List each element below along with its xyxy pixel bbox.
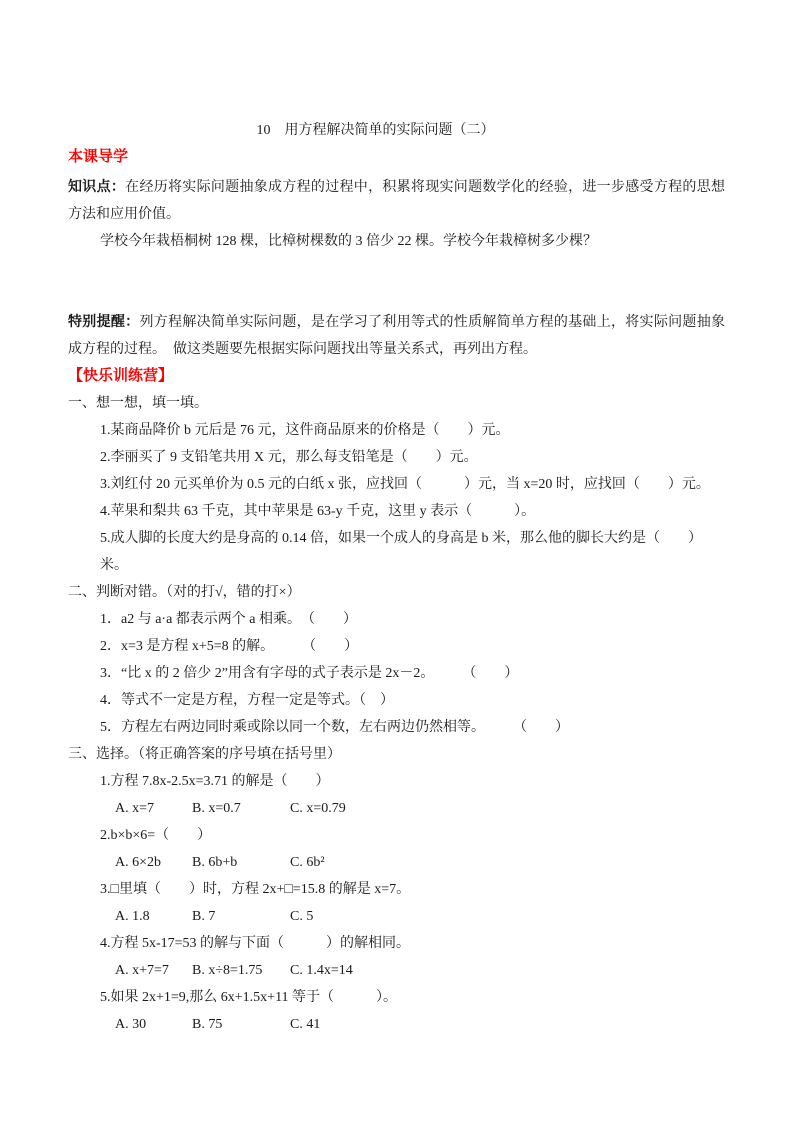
option-c: C. 41 xyxy=(290,1011,320,1038)
example-problem: 学校今年栽梧桐树 128 棵，比樟树棵数的 3 倍少 22 棵。学校今年栽樟树多… xyxy=(68,228,725,255)
fill-item-3: 3.刘红付 20 元买单价为 0.5 元的白纸 x 张，应找回（ ）元，当 x=… xyxy=(68,471,725,498)
option-a: A. 30 xyxy=(115,1011,192,1038)
special-reminder-text: 列方程解决简单实际问题，是在学习了利用等式的性质解简单方程的基础上，将实际问题抽… xyxy=(68,315,725,357)
choice-options-2: A. 6×2bB. 6b+bC. 6b² xyxy=(68,849,725,876)
training-camp-heading: 【快乐训练营】 xyxy=(68,363,725,390)
option-c: C. 6b² xyxy=(290,849,325,876)
option-c: C. 1.4x=14 xyxy=(290,957,353,984)
judge-item-4: 4．等式不一定是方程，方程一定是等式。（ ） xyxy=(68,687,725,714)
worksheet-content: 10 用方程解决简单的实际问题（二） 本课导学 知识点：在经历将实际问题抽象成方… xyxy=(0,0,793,1038)
judge-item-3: 3．“比 x 的 2 倍少 2”用含有字母的式子表示是 2x－2。 （ ） xyxy=(68,660,725,687)
worksheet-page: 10 用方程解决简单的实际问题（二） 本课导学 知识点：在经历将实际问题抽象成方… xyxy=(0,0,793,1122)
option-b: B. 7 xyxy=(192,903,290,930)
option-b: B. x÷8=1.75 xyxy=(192,957,290,984)
fill-item-1: 1.某商品降价 b 元后是 76 元，这件商品原来的价格是（ ）元。 xyxy=(68,417,725,444)
fill-item-4: 4.苹果和梨共 63 千克，其中苹果是 63-y 千克，这里 y 表示（ ）。 xyxy=(68,498,725,525)
judge-item-1: 1．a2 与 a·a 都表示两个 a 相乘。 （ ） xyxy=(68,606,725,633)
choice-options-3: A. 1.8B. 7C. 5 xyxy=(68,903,725,930)
option-a: A. x+7=7 xyxy=(115,957,192,984)
answer-space xyxy=(68,255,725,309)
option-c: C. x=0.79 xyxy=(290,795,346,822)
special-reminder-label: 特别提醒： xyxy=(68,315,139,330)
choice-options-5: A. 30B. 75C. 41 xyxy=(68,1011,725,1038)
judge-item-5: 5．方程左右两边同时乘或除以同一个数，左右两边仍然相等。 （ ） xyxy=(68,714,725,741)
option-a: A. 6×2b xyxy=(115,849,192,876)
judge-item-2: 2．x=3 是方程 x+5=8 的解。 （ ） xyxy=(68,633,725,660)
guide-heading: 本课导学 xyxy=(68,144,725,171)
special-reminder-paragraph: 特别提醒：列方程解决简单实际问题，是在学习了利用等式的性质解简单方程的基础上，将… xyxy=(68,309,725,363)
choice-options-1: A. x=7B. x=0.7C. x=0.79 xyxy=(68,795,725,822)
section3-heading: 三、选择。（将正确答案的序号填在括号里） xyxy=(68,741,725,768)
knowledge-point-paragraph: 知识点：在经历将实际问题抽象成方程的过程中，积累将现实问题数学化的经验，进一步感… xyxy=(68,174,725,228)
fill-item-2: 2.李丽买了 9 支铅笔共用 X 元，那么每支铅笔是（ ）元。 xyxy=(68,444,725,471)
choice-options-4: A. x+7=7B. x÷8=1.75C. 1.4x=14 xyxy=(68,957,725,984)
knowledge-point-label: 知识点： xyxy=(68,180,125,195)
knowledge-point-text: 在经历将实际问题抽象成方程的过程中，积累将现实问题数学化的经验，进一步感受方程的… xyxy=(68,180,725,222)
choice-question-5: 5.如果 2x+1=9,那么 6x+1.5x+11 等于（ ）。 xyxy=(68,984,725,1011)
fill-item-5: 5.成人脚的长度大约是身高的 0.14 倍，如果一个成人的身高是 b 米，那么他… xyxy=(68,525,725,579)
section1-heading: 一、想一想，填一填。 xyxy=(68,390,725,417)
choice-question-4: 4.方程 5x-17=53 的解与下面（ ）的解相同。 xyxy=(68,930,725,957)
section2-heading: 二、判断对错。（对的打√，错的打×） xyxy=(68,579,725,606)
option-b: B. 75 xyxy=(192,1011,290,1038)
option-c: C. 5 xyxy=(290,903,313,930)
option-a: A. x=7 xyxy=(115,795,192,822)
choice-question-2: 2.b×b×6=（ ） xyxy=(68,822,725,849)
option-a: A. 1.8 xyxy=(115,903,192,930)
option-b: B. x=0.7 xyxy=(192,795,290,822)
choice-question-1: 1.方程 7.8x-2.5x=3.71 的解是（ ） xyxy=(68,768,725,795)
worksheet-title: 10 用方程解决简单的实际问题（二） xyxy=(68,117,725,144)
choice-question-3: 3.□里填（ ）时，方程 2x+□=15.8 的解是 x=7。 xyxy=(68,876,725,903)
option-b: B. 6b+b xyxy=(192,849,290,876)
